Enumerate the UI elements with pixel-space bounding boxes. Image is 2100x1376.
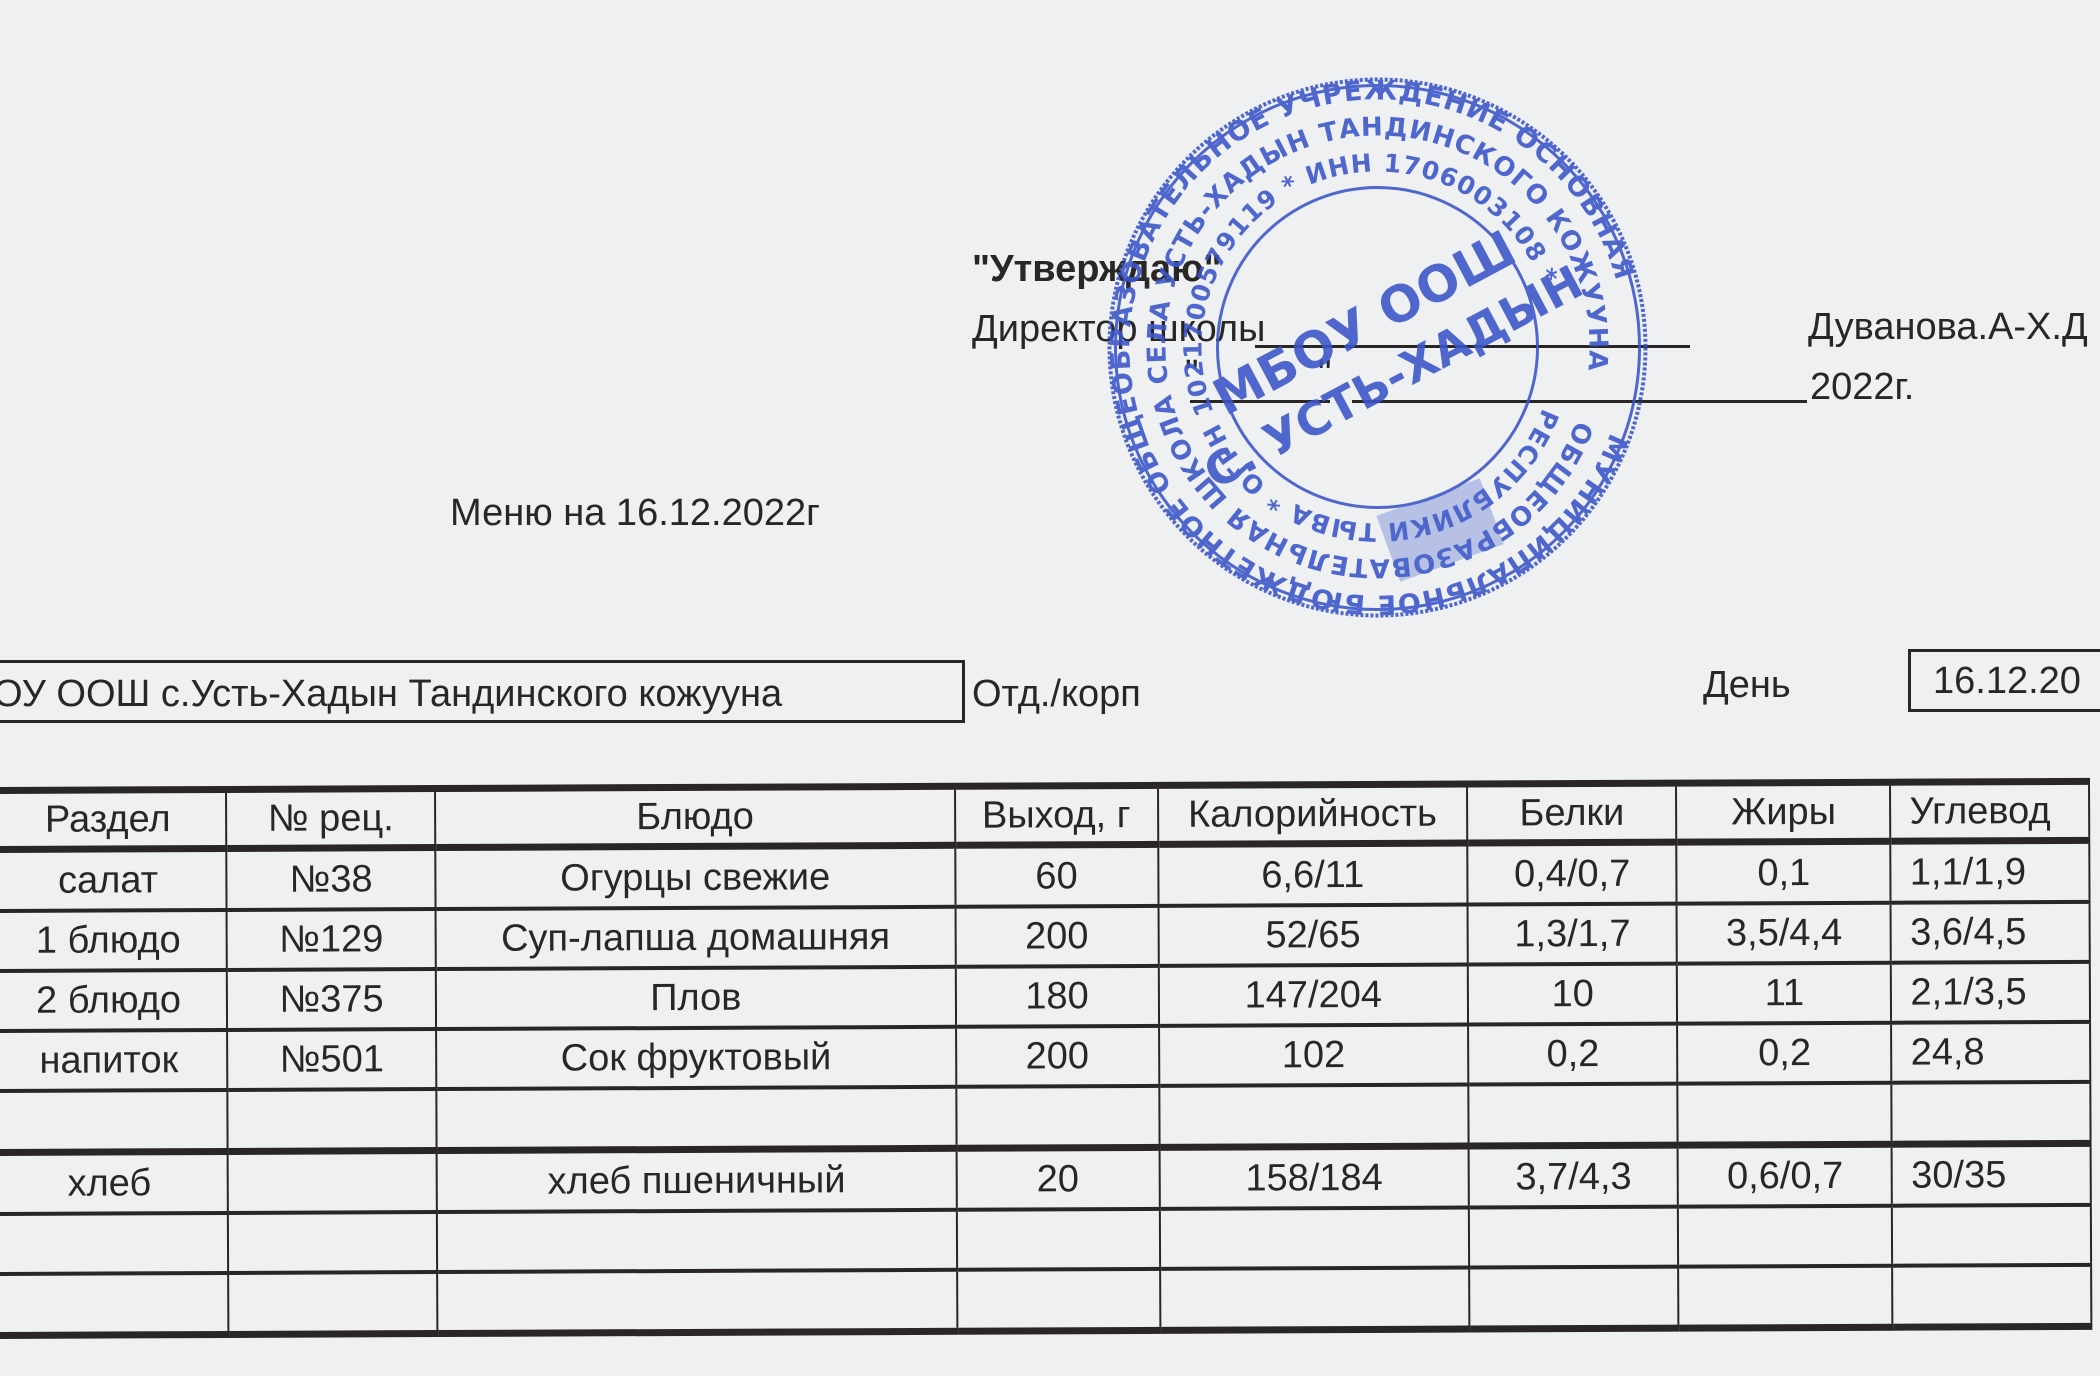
table-cell: 0,2: [1677, 1023, 1891, 1084]
table-cell: [957, 1269, 1160, 1331]
table-cell: №501: [227, 1029, 436, 1090]
table-cell: 20: [956, 1147, 1159, 1209]
table-cell: 0,2: [1468, 1024, 1678, 1085]
table-row: салат№38Огурцы свежие606,6/110,4/0,70,11…: [0, 840, 2090, 911]
table-cell: №375: [227, 969, 436, 1030]
table-cell: [1678, 1206, 1892, 1267]
table-cell: [1892, 1205, 2091, 1266]
table-cell: 11: [1677, 963, 1891, 1024]
table-cell: [1893, 1265, 2092, 1327]
table-cell: 10: [1468, 964, 1678, 1025]
table-cell: 147/204: [1158, 965, 1468, 1026]
column-header: Выход, г: [955, 785, 1158, 845]
table-cell: [1469, 1267, 1679, 1329]
day-value-box: 16.12.20: [1908, 649, 2100, 712]
table-row: [0, 1082, 2091, 1153]
table-cell: 158/184: [1159, 1146, 1469, 1209]
column-header: Белки: [1467, 783, 1677, 843]
table-cell: 2,1/3,5: [1891, 962, 2090, 1023]
table-cell: 60: [955, 844, 1158, 906]
column-header: Калорийность: [1158, 784, 1468, 844]
day-label: День: [1703, 666, 1791, 704]
table-cell: [0, 1090, 228, 1153]
table-cell: [1469, 1207, 1679, 1268]
table-cell: [228, 1151, 437, 1213]
table-cell: 52/65: [1158, 905, 1468, 966]
table-cell: 0,4/0,7: [1467, 842, 1677, 904]
table-cell: 30/35: [1892, 1143, 2091, 1205]
table-cell: [437, 1270, 957, 1334]
table-cell: 200: [956, 1026, 1159, 1087]
approval-year: 2022г.: [1810, 368, 1914, 406]
table-cell: [957, 1209, 1160, 1270]
table-cell: хлеб пшеничный: [437, 1148, 957, 1212]
table-cell: Плов: [436, 967, 956, 1029]
table-cell: [228, 1212, 437, 1273]
table-cell: салат: [0, 848, 227, 911]
table-cell: [1679, 1266, 1893, 1328]
table-cell: 180: [955, 966, 1158, 1027]
table-cell: 1 блюдо: [0, 910, 227, 971]
day-value: 16.12.20: [1933, 662, 2081, 700]
table-row: [0, 1265, 2091, 1336]
table-cell: 1,3/1,7: [1468, 904, 1678, 965]
table-cell: [0, 1213, 228, 1274]
table-cell: [1160, 1268, 1470, 1331]
table-cell: 102: [1159, 1025, 1469, 1086]
table-cell: 24,8: [1892, 1022, 2091, 1083]
table-cell: [1159, 1085, 1469, 1148]
table-row: хлебхлеб пшеничный20158/1843,7/4,30,6/0,…: [0, 1143, 2091, 1214]
table-cell: 2 блюдо: [0, 970, 227, 1031]
table-cell: 3,6/4,5: [1891, 902, 2090, 963]
table-cell: напиток: [0, 1030, 228, 1091]
table-header-row: Раздел№ рец.БлюдоВыход, гКалорийностьБел…: [0, 781, 2089, 849]
column-header: Жиры: [1676, 782, 1890, 842]
table-cell: 1,1/1,9: [1891, 840, 2090, 902]
table-cell: 0,1: [1677, 841, 1891, 903]
column-header: Блюдо: [435, 786, 955, 847]
org-name: ОУ ООШ с.Усть-Хадын Тандинского кожууна: [0, 675, 782, 713]
table-cell: [0, 1273, 229, 1336]
table-cell: 200: [955, 906, 1158, 967]
table-cell: №38: [227, 848, 436, 910]
table-row: 2 блюдо№375Плов180147/20410112,1/3,5: [0, 962, 2090, 1031]
menu-title: Меню на 16.12.2022г: [450, 494, 820, 532]
table-cell: Огурцы свежие: [435, 845, 955, 909]
table-cell: [437, 1210, 957, 1272]
table-cell: [228, 1272, 437, 1334]
table-cell: 3,7/4,3: [1469, 1145, 1679, 1207]
director-name: Дуванова.А-Х.Д: [1808, 308, 2088, 346]
table-cell: №129: [227, 909, 436, 970]
school-stamp: МУНИЦИПАЛЬНОЕ БЮДЖЕТНОЕ ОБЩЕОБРАЗОВАТЕЛЬ…: [1105, 75, 1650, 620]
column-header: Раздел: [0, 789, 227, 849]
table-cell: Суп-лапша домашняя: [436, 907, 956, 969]
table-cell: [1892, 1082, 2091, 1144]
table-cell: [1468, 1084, 1678, 1146]
table-cell: 3,5/4,4: [1677, 903, 1891, 964]
table-cell: хлеб: [0, 1151, 228, 1214]
table-cell: [956, 1086, 1159, 1148]
table-row: [0, 1205, 2091, 1274]
table-cell: [1159, 1208, 1469, 1269]
table-cell: [228, 1089, 437, 1151]
table-cell: Сок фруктовый: [436, 1027, 956, 1089]
table-row: напиток№501Сок фруктовый2001020,20,224,8: [0, 1022, 2090, 1091]
menu-table: Раздел№ рец.БлюдоВыход, гКалорийностьБел…: [0, 778, 2092, 1339]
column-header: Углевод: [1890, 781, 2089, 841]
column-header: № рец.: [226, 789, 435, 849]
table-cell: [1678, 1083, 1892, 1145]
org-name-box: ОУ ООШ с.Усть-Хадын Тандинского кожууна: [0, 660, 965, 723]
table-row: 1 блюдо№129Суп-лапша домашняя20052/651,3…: [0, 902, 2090, 971]
table-cell: [436, 1087, 956, 1151]
table-cell: 6,6/11: [1158, 843, 1468, 906]
dept-label: Отд./корп: [972, 675, 1141, 713]
table-cell: 0,6/0,7: [1678, 1144, 1892, 1206]
